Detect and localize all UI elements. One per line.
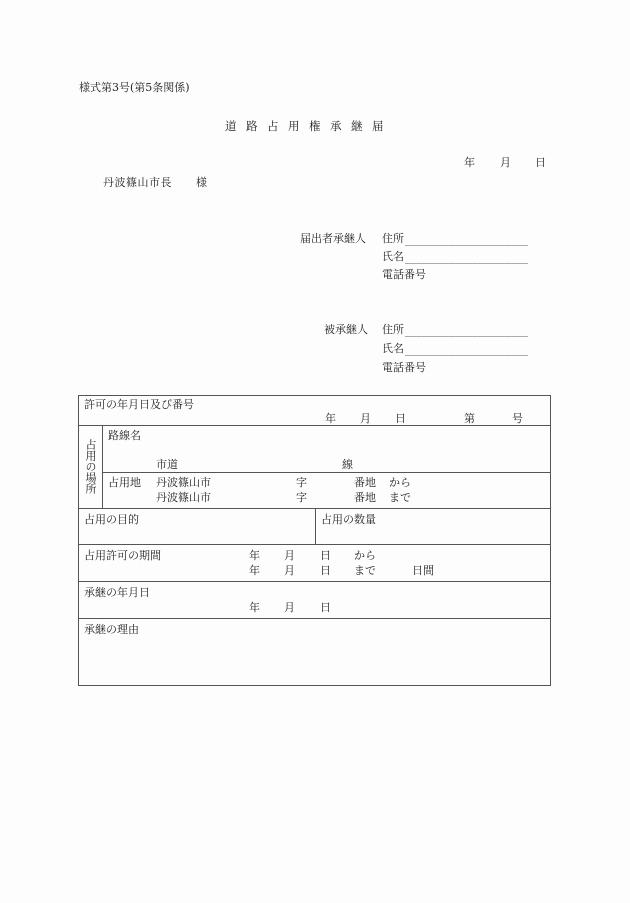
site-from-city: 丹波篠山市 xyxy=(156,476,211,489)
route-label: 路線名 xyxy=(108,429,141,442)
succession-month-label: 月 xyxy=(284,601,295,614)
row-divider xyxy=(79,581,550,582)
succession-year-label: 年 xyxy=(249,601,260,614)
column-divider xyxy=(102,425,103,508)
date-month-label: 月 xyxy=(500,156,511,169)
notifier-name-label: 氏名 xyxy=(382,250,404,263)
permit-number-prefix: 第 xyxy=(464,412,475,425)
succession-form-table: 許可の年月日及び番号 年 月 日 第 号 占用の場所 路線名 市道 線 占用地 … xyxy=(78,395,551,686)
period-days-label: 日間 xyxy=(412,564,434,577)
site-to-aza: 字 xyxy=(296,491,307,504)
permit-day-label: 日 xyxy=(395,412,406,425)
document-title: 道路占用権承継届 xyxy=(225,120,393,133)
date-day-label: 日 xyxy=(535,156,546,169)
period-to-month: 月 xyxy=(284,564,295,577)
succession-day-label: 日 xyxy=(320,601,331,614)
site-label: 占用地 xyxy=(108,476,141,489)
period-from-year: 年 xyxy=(249,549,260,562)
row-divider xyxy=(102,472,550,473)
notifier-label: 届出者承継人 xyxy=(300,232,366,245)
site-from-suffix: から xyxy=(389,476,411,489)
notifier-name-field[interactable]: ______________________ xyxy=(405,251,528,264)
site-to-banchi: 番地 xyxy=(354,491,376,504)
addressee-honorific: 様 xyxy=(196,176,207,189)
date-year-label: 年 xyxy=(464,156,475,169)
period-from-month: 月 xyxy=(284,549,295,562)
period-from-day: 日 xyxy=(320,549,331,562)
period-to-year: 年 xyxy=(249,564,260,577)
purpose-label: 占用の目的 xyxy=(84,513,139,526)
period-from-suffix: から xyxy=(354,549,376,562)
form-number: 様式第3号(第5条関係) xyxy=(79,81,190,94)
column-divider xyxy=(315,508,316,544)
predecessor-address-field[interactable]: ______________________ xyxy=(405,324,528,337)
succession-date-label: 承継の年月日 xyxy=(84,586,150,599)
predecessor-name-field[interactable]: ______________________ xyxy=(405,343,528,356)
row-divider xyxy=(79,425,550,426)
permit-number-suffix: 号 xyxy=(512,412,523,425)
quantity-label: 占用の数量 xyxy=(321,513,376,526)
site-to-city: 丹波篠山市 xyxy=(156,491,211,504)
permit-year-label: 年 xyxy=(325,412,336,425)
row-divider xyxy=(79,544,550,545)
row-divider xyxy=(79,618,550,619)
notifier-phone-label: 電話番号 xyxy=(382,268,426,281)
site-from-aza: 字 xyxy=(296,476,307,489)
predecessor-address-label: 住所 xyxy=(382,323,404,336)
road-type-label: 市道 xyxy=(156,458,178,471)
predecessor-phone-label: 電話番号 xyxy=(382,361,426,374)
permit-label: 許可の年月日及び番号 xyxy=(84,398,194,411)
site-from-banchi: 番地 xyxy=(354,476,376,489)
permit-month-label: 月 xyxy=(360,412,371,425)
addressee-name: 丹波篠山市長 xyxy=(103,176,172,189)
notifier-address-label: 住所 xyxy=(382,232,404,245)
predecessor-name-label: 氏名 xyxy=(382,342,404,355)
period-to-suffix: まで xyxy=(354,564,376,577)
period-label: 占用許可の期間 xyxy=(84,549,161,562)
predecessor-label: 被承継人 xyxy=(324,323,368,336)
site-to-suffix: まで xyxy=(389,491,411,504)
location-label: 占用の場所 xyxy=(84,439,97,494)
reason-label: 承継の理由 xyxy=(84,623,139,636)
line-suffix-label: 線 xyxy=(342,458,353,471)
notifier-address-field[interactable]: ______________________ xyxy=(405,233,528,246)
period-to-day: 日 xyxy=(320,564,331,577)
